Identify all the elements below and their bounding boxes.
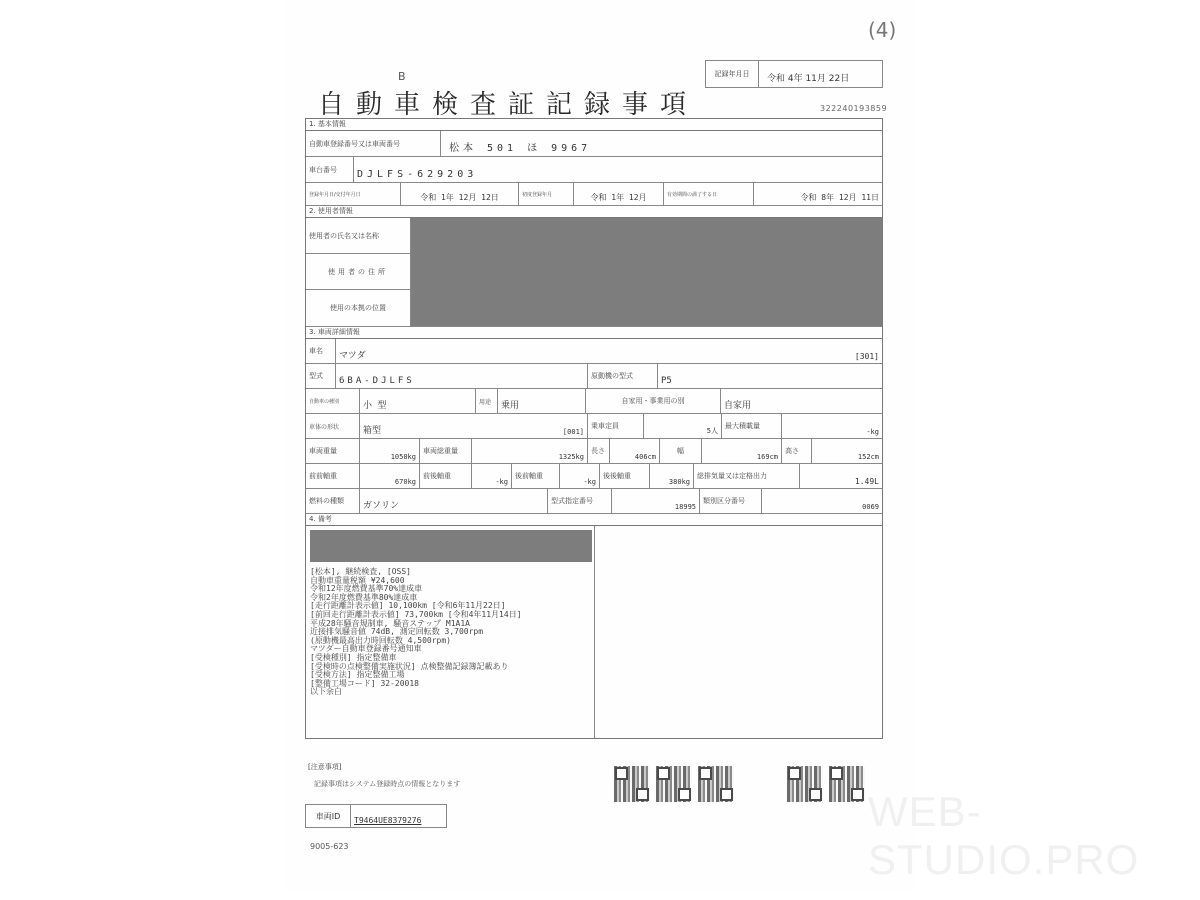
height-label: 高さ xyxy=(782,439,812,463)
body-value: 箱型 xyxy=(363,423,381,436)
fuel-value: ガソリン xyxy=(360,489,548,513)
document-title: 自動車検査証記録事項 xyxy=(318,84,698,121)
fuel-row: 燃料の種類 ガソリン 型式指定番号 18995 類別区分番号 0069 xyxy=(306,489,882,514)
chassis-row: 車台番号 DJLFS-629203 xyxy=(306,157,882,183)
max-load-label: 最大積載量 xyxy=(722,414,782,438)
qr-code-4 xyxy=(787,766,823,802)
rr-axle-value: 380kg xyxy=(650,464,694,488)
redacted-user-info xyxy=(411,218,882,326)
record-date-label: 記録年月日 xyxy=(706,61,759,87)
notice-text: 記録事項はシステム登録時点の情報となります xyxy=(314,779,460,789)
qr-code-1 xyxy=(614,766,650,802)
length-value: 406cm xyxy=(610,439,660,463)
designation-label: 型式指定番号 xyxy=(548,489,612,513)
remark-line: 以下余白 xyxy=(310,688,522,697)
document-number: 322240193859 xyxy=(820,104,887,113)
engine-label: 原動機の型式 xyxy=(588,364,658,388)
reg-date-label: 登録年月日/交付年月日 xyxy=(306,183,401,205)
rr-axle-label: 後後軸重 xyxy=(600,464,650,488)
section4-heading: 4. 備考 xyxy=(306,514,882,526)
ff-axle-label: 前前軸重 xyxy=(306,464,360,488)
length-label: 長さ xyxy=(588,439,610,463)
remarks-text: [松本], 継続検査, [OSS]自動車重量税額 ¥24,600令和12年度燃費… xyxy=(310,568,522,697)
remarks-block: [松本], 継続検査, [OSS]自動車重量税額 ¥24,600令和12年度燃費… xyxy=(306,526,882,738)
rf-axle-value: -kg xyxy=(560,464,600,488)
qr-code-3 xyxy=(698,766,734,802)
capacity-label: 乗車定員 xyxy=(588,414,644,438)
vehicle-id-value: T9464UE8379276 xyxy=(351,805,446,827)
qr-code-2 xyxy=(656,766,692,802)
notice-heading: [注意事項] xyxy=(308,762,341,772)
axle-row: 前前軸重 670kg 前後軸重 -kg 後前軸重 -kg 後後軸重 380kg … xyxy=(306,464,882,489)
model-label: 型式 xyxy=(306,364,336,388)
base-location-label: 使用の本拠の位置 xyxy=(306,290,410,326)
body-label: 車体の形状 xyxy=(306,414,360,438)
ff-axle-value: 670kg xyxy=(360,464,420,488)
chassis-label: 車台番号 xyxy=(306,157,354,182)
category-value: 0069 xyxy=(762,489,882,513)
section2-heading: 2. 使用者情報 xyxy=(306,206,882,218)
reg-date-value: 令和 1年 12月 12日 xyxy=(401,183,519,205)
registration-value: 松本 501 ほ 9967 xyxy=(441,131,882,156)
registration-row: 自動車登録番号又は車両番号 松本 501 ほ 9967 xyxy=(306,131,882,157)
type-row: 自動車の種別 小 型 用途 乗用 自家用・事業用の別 自家用 xyxy=(306,389,882,414)
section3-heading: 3. 車両詳細情報 xyxy=(306,327,882,339)
make-row: 車名 マツダ [301] xyxy=(306,339,882,364)
body-code: [001] xyxy=(563,428,584,436)
section1-heading: 1. 基本情報 xyxy=(306,119,882,131)
fuel-label: 燃料の種類 xyxy=(306,489,360,513)
form-mark: B xyxy=(398,70,406,83)
redacted-remarks xyxy=(310,530,592,562)
record-date-value: 令和 4年 11月 22日 xyxy=(759,61,882,87)
watermark: WEB-STUDIO.PRO xyxy=(868,788,1200,884)
weight-value: 1050kg xyxy=(360,439,420,463)
displacement-label: 総排気量又は定格出力 xyxy=(694,464,800,488)
make-value: マツダ xyxy=(339,348,366,361)
user-info-block: 使用者の氏名又は名称 使用者の住所 使用の本拠の位置 xyxy=(306,218,882,327)
fr-axle-label: 前後軸重 xyxy=(420,464,472,488)
private-label: 自家用・事業用の別 xyxy=(586,389,721,413)
expiry-label: 有効期間の満了する日 xyxy=(664,183,754,205)
category-label: 類別区分番号 xyxy=(700,489,762,513)
remarks-right-blank xyxy=(595,526,882,738)
designation-value: 18995 xyxy=(612,489,700,513)
chassis-value: DJLFS-629203 xyxy=(354,157,882,182)
displacement-value: 1.49L xyxy=(800,464,882,488)
form-code: 9005-623 xyxy=(310,842,349,851)
gross-weight-value: 1325kg xyxy=(472,439,588,463)
height-value: 152cm xyxy=(812,439,882,463)
certificate-table: 1. 基本情報 自動車登録番号又は車両番号 松本 501 ほ 9967 車台番号… xyxy=(305,118,883,739)
weight-row: 車両重量 1050kg 車両総重量 1325kg 長さ 406cm 幅 169c… xyxy=(306,439,882,464)
vehicle-id-label: 車両ID xyxy=(306,805,351,827)
private-value: 自家用 xyxy=(721,389,882,413)
use-label: 用途 xyxy=(476,389,498,413)
body-row: 車体の形状 箱型 [001] 乗車定員 5人 最大積載量 -kg xyxy=(306,414,882,439)
qr-code-5 xyxy=(829,766,865,802)
type-value: 小 型 xyxy=(360,389,476,413)
rf-axle-label: 後前軸重 xyxy=(512,464,560,488)
width-value: 169cm xyxy=(702,439,782,463)
expiry-value: 令和 8年 12月 11日 xyxy=(754,183,882,205)
page-number: (4) xyxy=(868,18,896,42)
width-label: 幅 xyxy=(660,439,702,463)
dates-row: 登録年月日/交付年月日 令和 1年 12月 12日 初度登録年月 令和 1年 1… xyxy=(306,183,882,206)
user-name-label: 使用者の氏名又は名称 xyxy=(306,218,410,254)
first-year-label: 初度登録年月 xyxy=(519,183,574,205)
record-date-box: 記録年月日 令和 4年 11月 22日 xyxy=(705,60,883,88)
user-address-label: 使用者の住所 xyxy=(306,254,410,290)
weight-label: 車両重量 xyxy=(306,439,360,463)
vehicle-id-box: 車両ID T9464UE8379276 xyxy=(305,804,447,828)
make-code: [301] xyxy=(855,352,879,361)
engine-value: P5 xyxy=(658,364,882,388)
model-value: 6BA-DJLFS xyxy=(336,364,588,388)
make-label: 車名 xyxy=(306,339,336,363)
use-value: 乗用 xyxy=(498,389,586,413)
gross-weight-label: 車両総重量 xyxy=(420,439,472,463)
model-row: 型式 6BA-DJLFS 原動機の型式 P5 xyxy=(306,364,882,389)
fr-axle-value: -kg xyxy=(472,464,512,488)
type-label: 自動車の種別 xyxy=(306,389,360,413)
capacity-value: 5人 xyxy=(644,414,722,438)
first-year-value: 令和 1年 12月 xyxy=(574,183,664,205)
max-load-value: -kg xyxy=(782,414,882,438)
registration-label: 自動車登録番号又は車両番号 xyxy=(306,131,441,156)
